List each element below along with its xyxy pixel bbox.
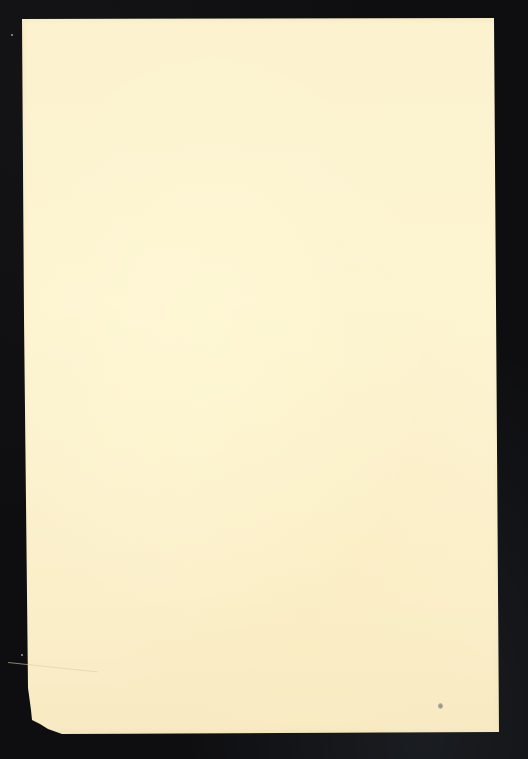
dust-speck — [11, 34, 13, 36]
paper-stain-mark — [438, 703, 443, 709]
blank-paper-page — [22, 18, 500, 734]
dust-speck — [21, 654, 23, 656]
